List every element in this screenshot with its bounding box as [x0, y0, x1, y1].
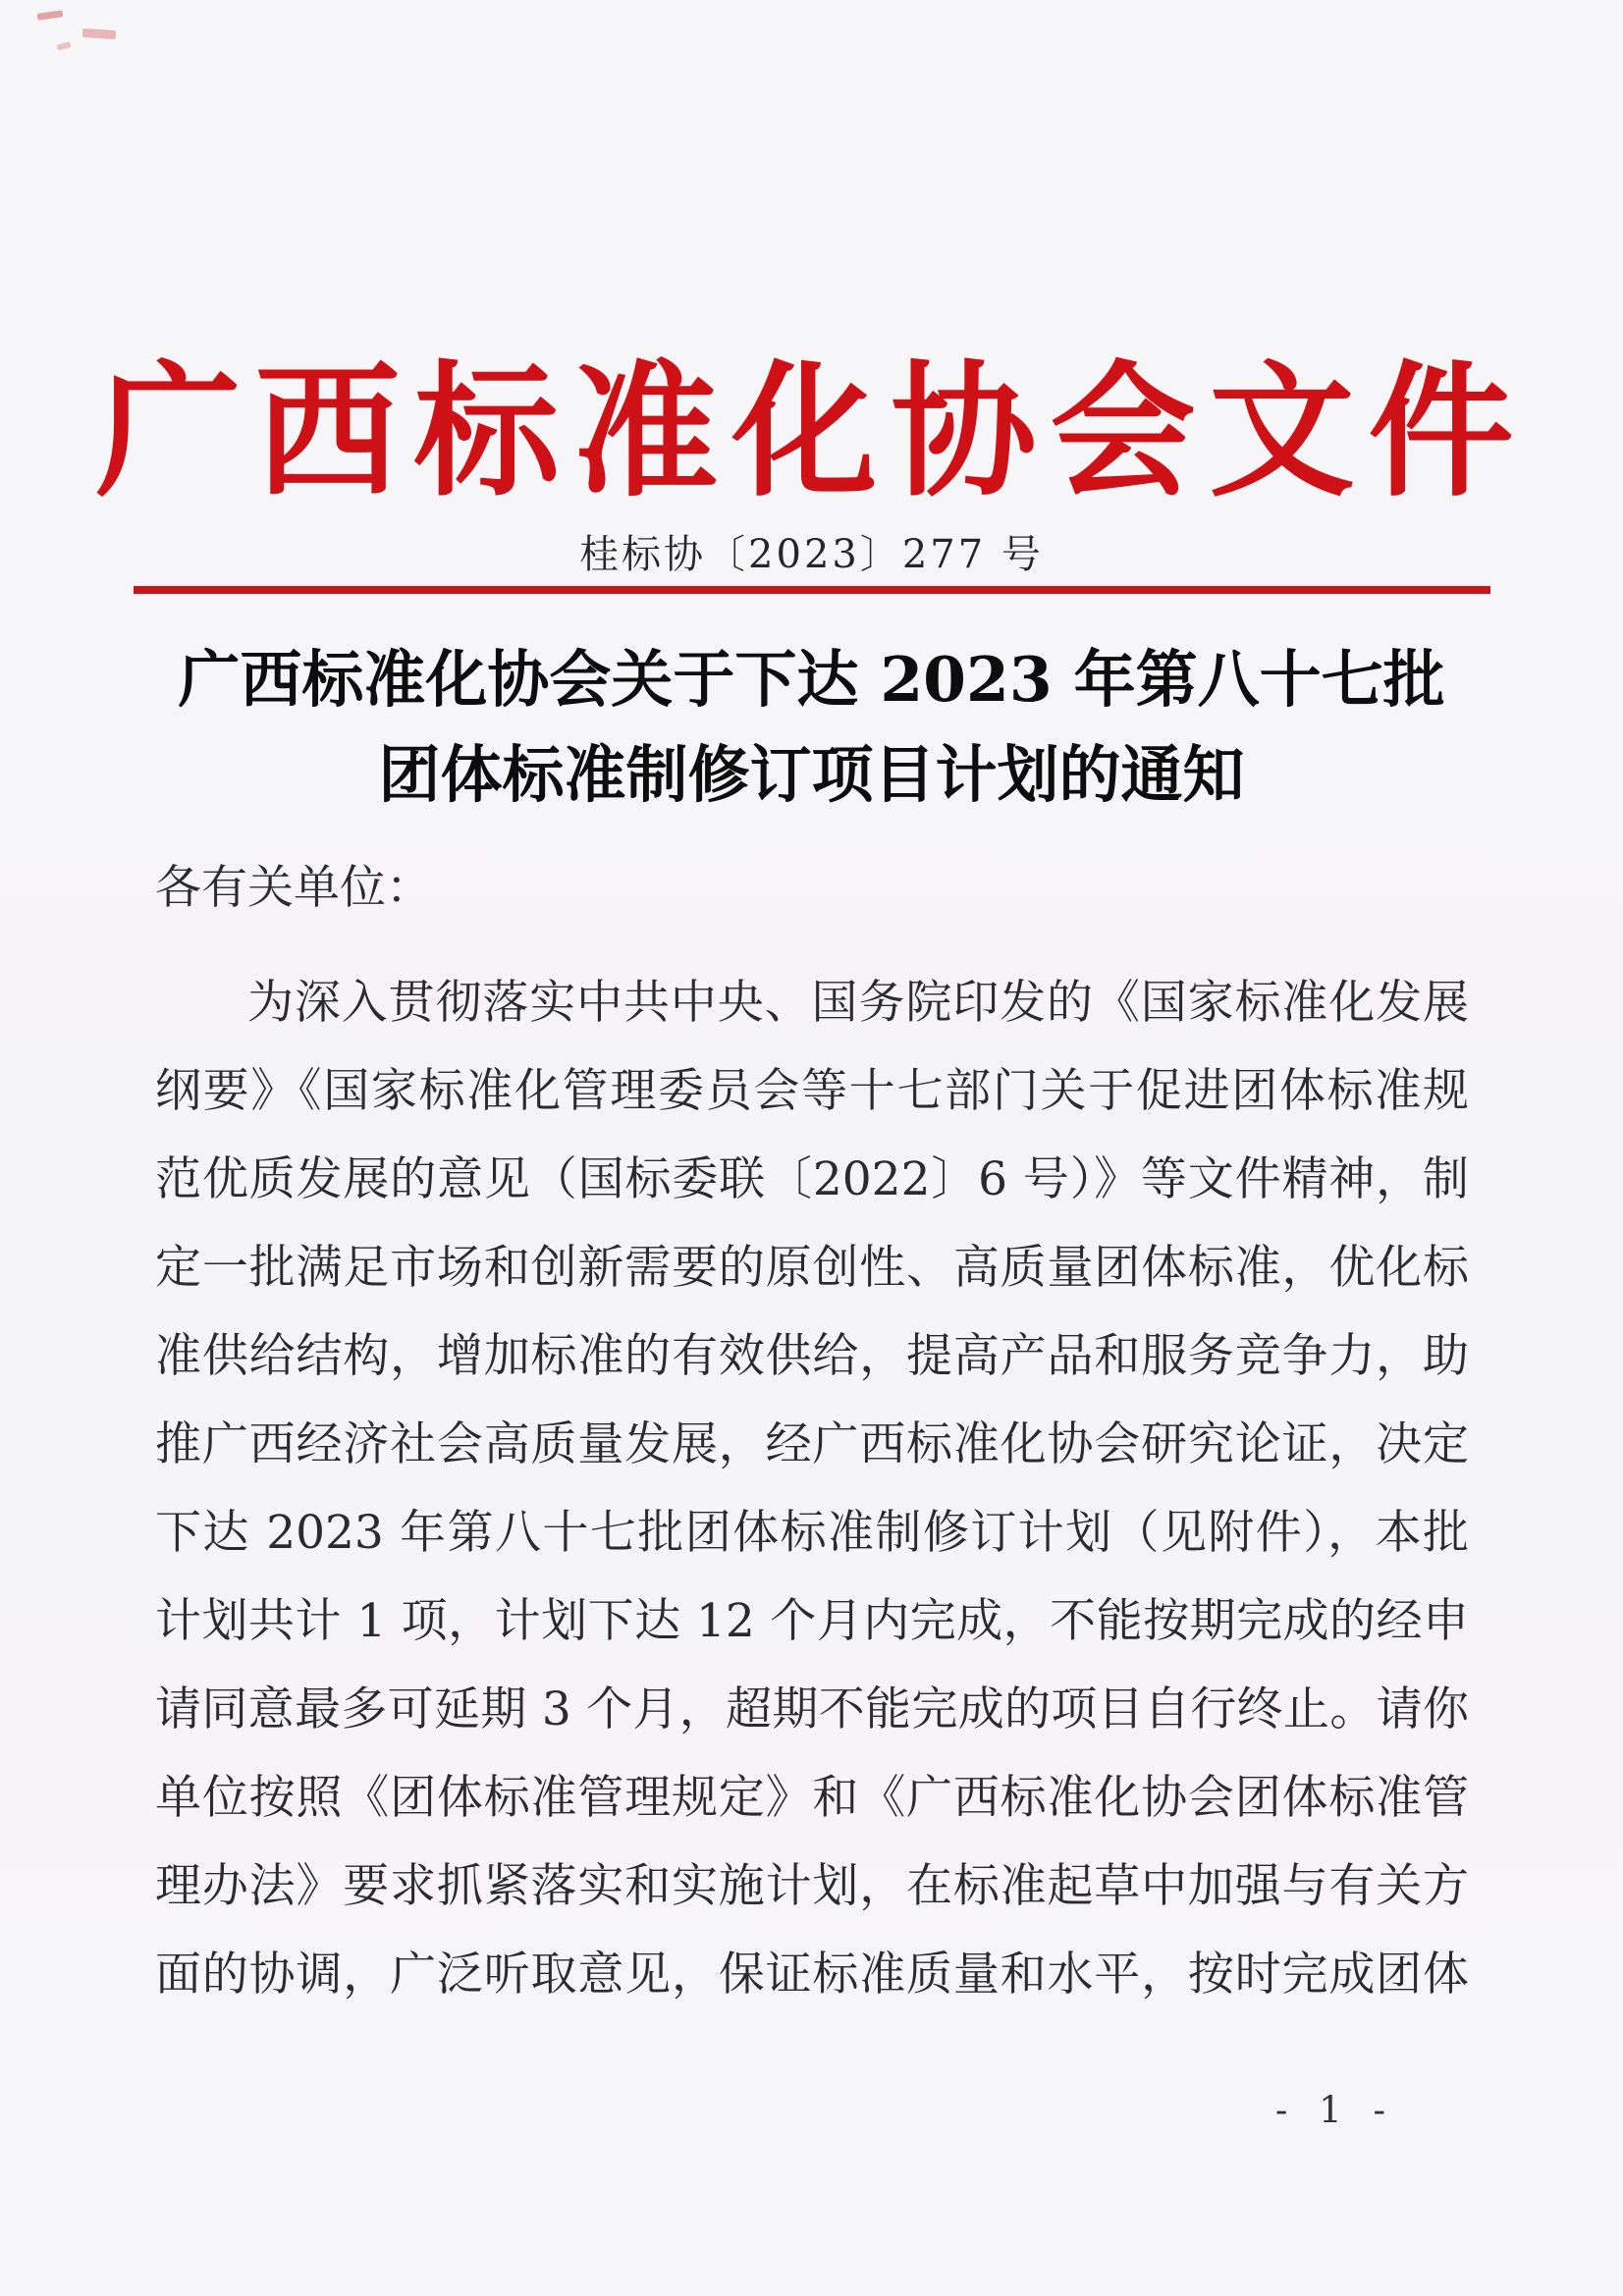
body-line: 面的协调，广泛听取意见，保证标准质量和水平，按时完成团体	[155, 1931, 1469, 2019]
body-line: 纲要》《国家标准化管理委员会等十七部门关于促进团体标准规	[155, 1047, 1469, 1136]
body-paragraph: 为深入贯彻落实中共中央、国务院印发的《国家标准化发展 纲要》《国家标准化管理委员…	[155, 959, 1469, 2019]
org-letterhead-title: 广西标准化协会文件	[0, 355, 1623, 507]
document-title-line-1: 广西标准化协会关于下达 2023 年第八十七批	[0, 632, 1623, 727]
body-line: 推广西经济社会高质量发展，经广西标准化协会研究论证，决定	[155, 1401, 1469, 1489]
document-title: 广西标准化协会关于下达 2023 年第八十七批 团体标准制修订项目计划的通知	[0, 632, 1623, 823]
document-reference-number: 桂标协〔2023〕277 号	[0, 532, 1623, 577]
scan-artifact	[56, 41, 71, 50]
document-title-line-2: 团体标准制修订项目计划的通知	[0, 727, 1623, 823]
red-divider-line	[134, 586, 1490, 594]
body-line: 范优质发展的意见（国标委联〔2022〕6 号）》等文件精神，制	[155, 1136, 1469, 1224]
salutation-line: 各有关单位：	[155, 844, 1469, 933]
body-line: 定一批满足市场和创新需要的原创性、高质量团体标准，优化标	[155, 1224, 1469, 1312]
scan-artifact	[37, 10, 64, 21]
body-line: 单位按照《团体标准管理规定》和《广西标准化协会团体标准管	[155, 1754, 1469, 1842]
scan-artifact	[82, 28, 117, 39]
body-line: 请同意最多可延期 3 个月，超期不能完成的项目自行终止。请你	[155, 1666, 1469, 1754]
document-page: 广西标准化协会文件 桂标协〔2023〕277 号 广西标准化协会关于下达 202…	[0, 0, 1623, 2296]
body-line: 为深入贯彻落实中共中央、国务院印发的《国家标准化发展	[155, 959, 1469, 1047]
body-line: 理办法》要求抓紧落实和实施计划，在标准起草中加强与有关方	[155, 1842, 1469, 1931]
body-line: 下达 2023 年第八十七批团体标准制修订计划（见附件），本批	[155, 1489, 1469, 1577]
page-number: - 1 -	[1275, 2089, 1395, 2131]
body-line: 计划共计 1 项，计划下达 12 个月内完成，不能按期完成的经申	[155, 1577, 1469, 1666]
body-line: 准供给结构，增加标准的有效供给，提高产品和服务竞争力，助	[155, 1312, 1469, 1401]
